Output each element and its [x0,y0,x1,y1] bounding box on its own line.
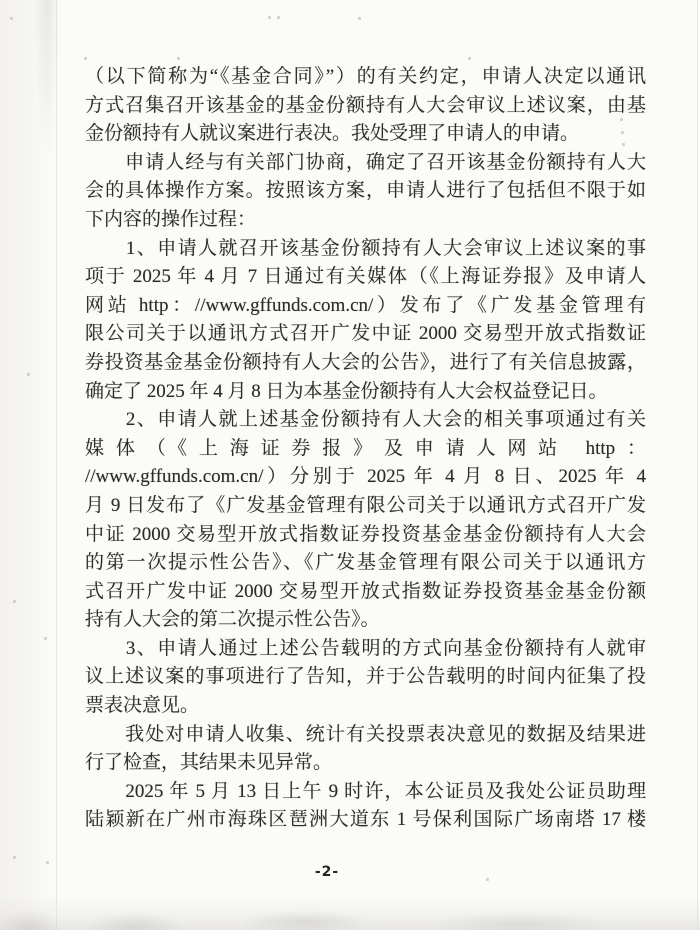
text-line: 方式召集召开该基金的基金份额持有人大会审议上述议案，由基 [85,92,646,121]
page-number: -2- [310,864,344,880]
text-line: 陆颖新在广州市海珠区琶洲大道东 1 号保利国际广场南塔 17 楼 [85,806,646,835]
text-line: 3、申请人通过上述公告载明的方式向基金份额持有人就审 [85,635,646,664]
text-line: 下内容的操作过程： [85,206,646,235]
scan-smudge [34,0,60,160]
text-line: 1、申请人就召开该基金份额持有人大会审议上述议案的事 [85,235,646,264]
text-line: 2、申请人就上述基金份额持有人大会的相关事项通过有关 [85,406,646,435]
text-line: 网站 http：//www.gffunds.com.cn/）发布了《广发基金管理… [85,292,646,321]
document-page: （以下简称为“《基金合同》”）的有关约定，申请人决定以通讯 方式召集召开该基金的… [0,0,700,930]
text-line: 申请人经与有关部门协商，确定了召开该基金份额持有人大 [85,149,646,178]
text-line: 2025 年 5 月 13 日上午 9 时许，本公证员及我处公证员助理 [85,778,646,807]
text-line: 行了检查，其结果未见异常。 [85,749,646,778]
text-line: 中证 2000 交易型开放式指数证券投资基金基金份额持有人大会 [85,521,646,550]
scan-bottom-shadow [0,894,700,930]
scan-right-edge-line [697,0,698,930]
text-line: 媒体（《上海证券报》及申请人网站 http： [85,435,646,464]
text-line: 式召开广发中证 2000 交易型开放式指数证券投资基金基金份额 [85,578,646,607]
text-line: 票表决意见。 [85,692,646,721]
text-line: 券投资基金基金份额持有人大会的公告》，进行了有关信息披露， [85,349,646,378]
text-line: //www.gffunds.com.cn/）分别于 2025 年 4 月 8 日… [85,463,646,492]
text-line: 月 9 日发布了《广发基金管理有限公司关于以通讯方式召开广发 [85,492,646,521]
text-line: 限公司关于以通讯方式召开广发中证 2000 交易型开放式指数证 [85,320,646,349]
document-body: （以下简称为“《基金合同》”）的有关约定，申请人决定以通讯 方式召集召开该基金的… [85,63,646,835]
text-line: 确定了 2025 年 4 月 8 日为本基金份额持有人大会权益登记日。 [85,378,646,407]
text-line: 的第一次提示性公告》、《广发基金管理有限公司关于以通讯方 [85,549,646,578]
text-line: 持有人大会的第二次提示性公告》。 [85,606,646,635]
text-line: 会的具体操作方案。按照该方案，申请人进行了包括但不限于如 [85,177,646,206]
text-line: 项于 2025 年 4 月 7 日通过有关媒体（《上海证券报》及申请人 [85,263,646,292]
text-line: 议上述议案的事项进行了告知，并于公告载明的时间内征集了投 [85,663,646,692]
text-line: （以下简称为“《基金合同》”）的有关约定，申请人决定以通讯 [85,63,646,92]
text-line: 金份额持有人就议案进行表决。我处受理了申请人的申请。 [85,120,646,149]
text-line: 我处对申请人收集、统计有关投票表决意见的数据及结果进 [85,721,646,750]
